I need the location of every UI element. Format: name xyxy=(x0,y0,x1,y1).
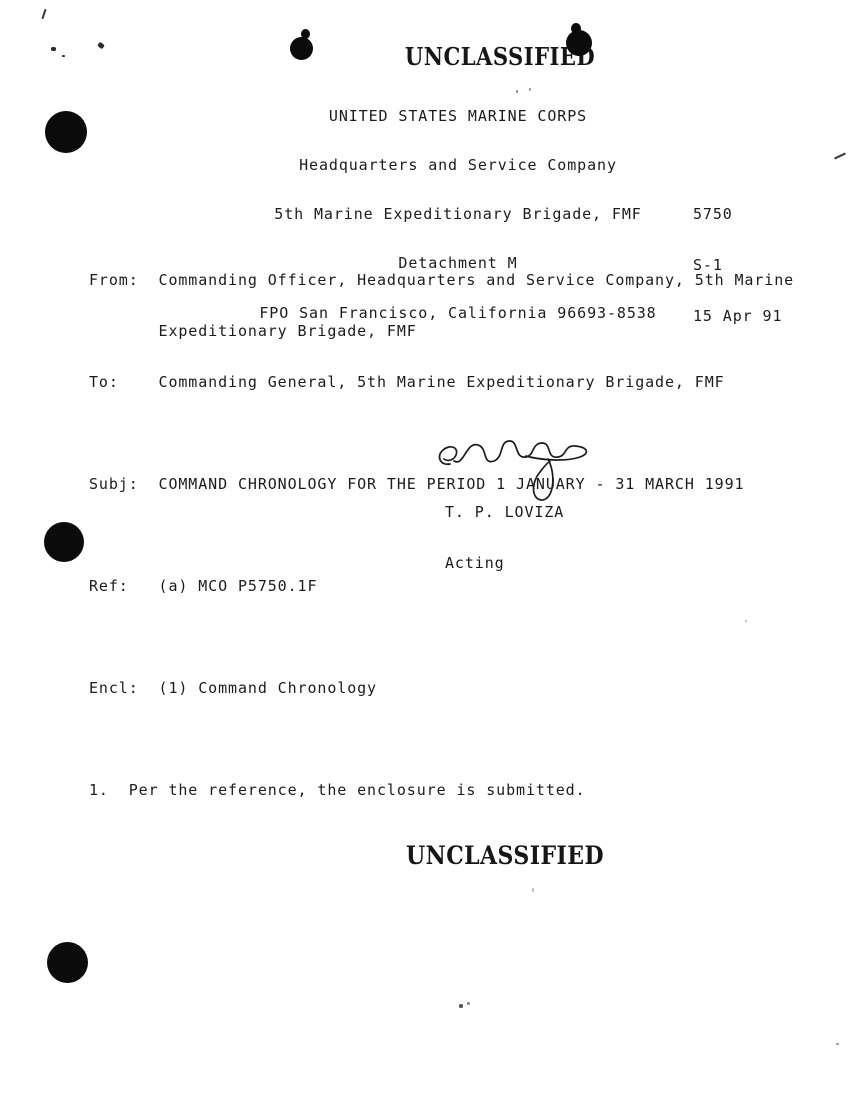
signer-name: T. P. LOVIZA xyxy=(445,504,564,521)
classification-header: UNCLASSIFIED xyxy=(192,42,808,71)
to-line: To: Commanding General, 5th Marine Exped… xyxy=(89,374,794,391)
scan-artifact xyxy=(532,888,534,892)
letterhead-line: UNITED STATES MARINE CORPS xyxy=(130,108,786,124)
letterhead-line: Headquarters and Service Company xyxy=(130,157,786,173)
memo-body: From: Commanding Officer, Headquarters a… xyxy=(89,238,794,833)
scan-artifact xyxy=(834,153,846,160)
ssic-number: 5750 xyxy=(693,206,782,223)
signer-title: Acting xyxy=(445,555,564,572)
scan-artifact xyxy=(51,47,56,51)
scan-artifact xyxy=(62,55,65,57)
scan-artifact xyxy=(516,90,518,93)
hole-punch-mark xyxy=(45,111,87,153)
enclosure-line: Encl: (1) Command Chronology xyxy=(89,680,794,697)
blank-line xyxy=(89,629,794,646)
scan-artifact xyxy=(459,1004,463,1008)
fastener-mark-nub xyxy=(571,23,581,34)
blank-line xyxy=(89,527,794,544)
signature-block: T. P. LOVIZA Acting xyxy=(445,470,564,606)
from-line-wrap: Expeditionary Brigade, FMF xyxy=(89,323,794,340)
hole-punch-mark xyxy=(47,942,88,983)
scan-artifact xyxy=(745,620,747,622)
letterhead-line: 5th Marine Expeditionary Brigade, FMF xyxy=(130,206,786,222)
from-line: From: Commanding Officer, Headquarters a… xyxy=(89,272,794,289)
fastener-mark xyxy=(566,30,592,56)
reference-line: Ref: (a) MCO P5750.1F xyxy=(89,578,794,595)
scan-artifact xyxy=(529,88,531,91)
scan-artifact xyxy=(42,9,47,19)
paragraph-1: 1. Per the reference, the enclosure is s… xyxy=(89,782,794,799)
document-page: UNCLASSIFIED UNITED STATES MARINE CORPS … xyxy=(0,0,850,1103)
fastener-mark-nub xyxy=(301,29,310,39)
fastener-mark xyxy=(290,37,313,60)
blank-line xyxy=(89,731,794,748)
scan-artifact xyxy=(836,1043,839,1045)
scan-artifact xyxy=(97,42,105,50)
classification-footer: UNCLASSIFIED xyxy=(197,841,813,870)
scan-artifact xyxy=(467,1002,470,1005)
hole-punch-mark xyxy=(44,522,84,562)
